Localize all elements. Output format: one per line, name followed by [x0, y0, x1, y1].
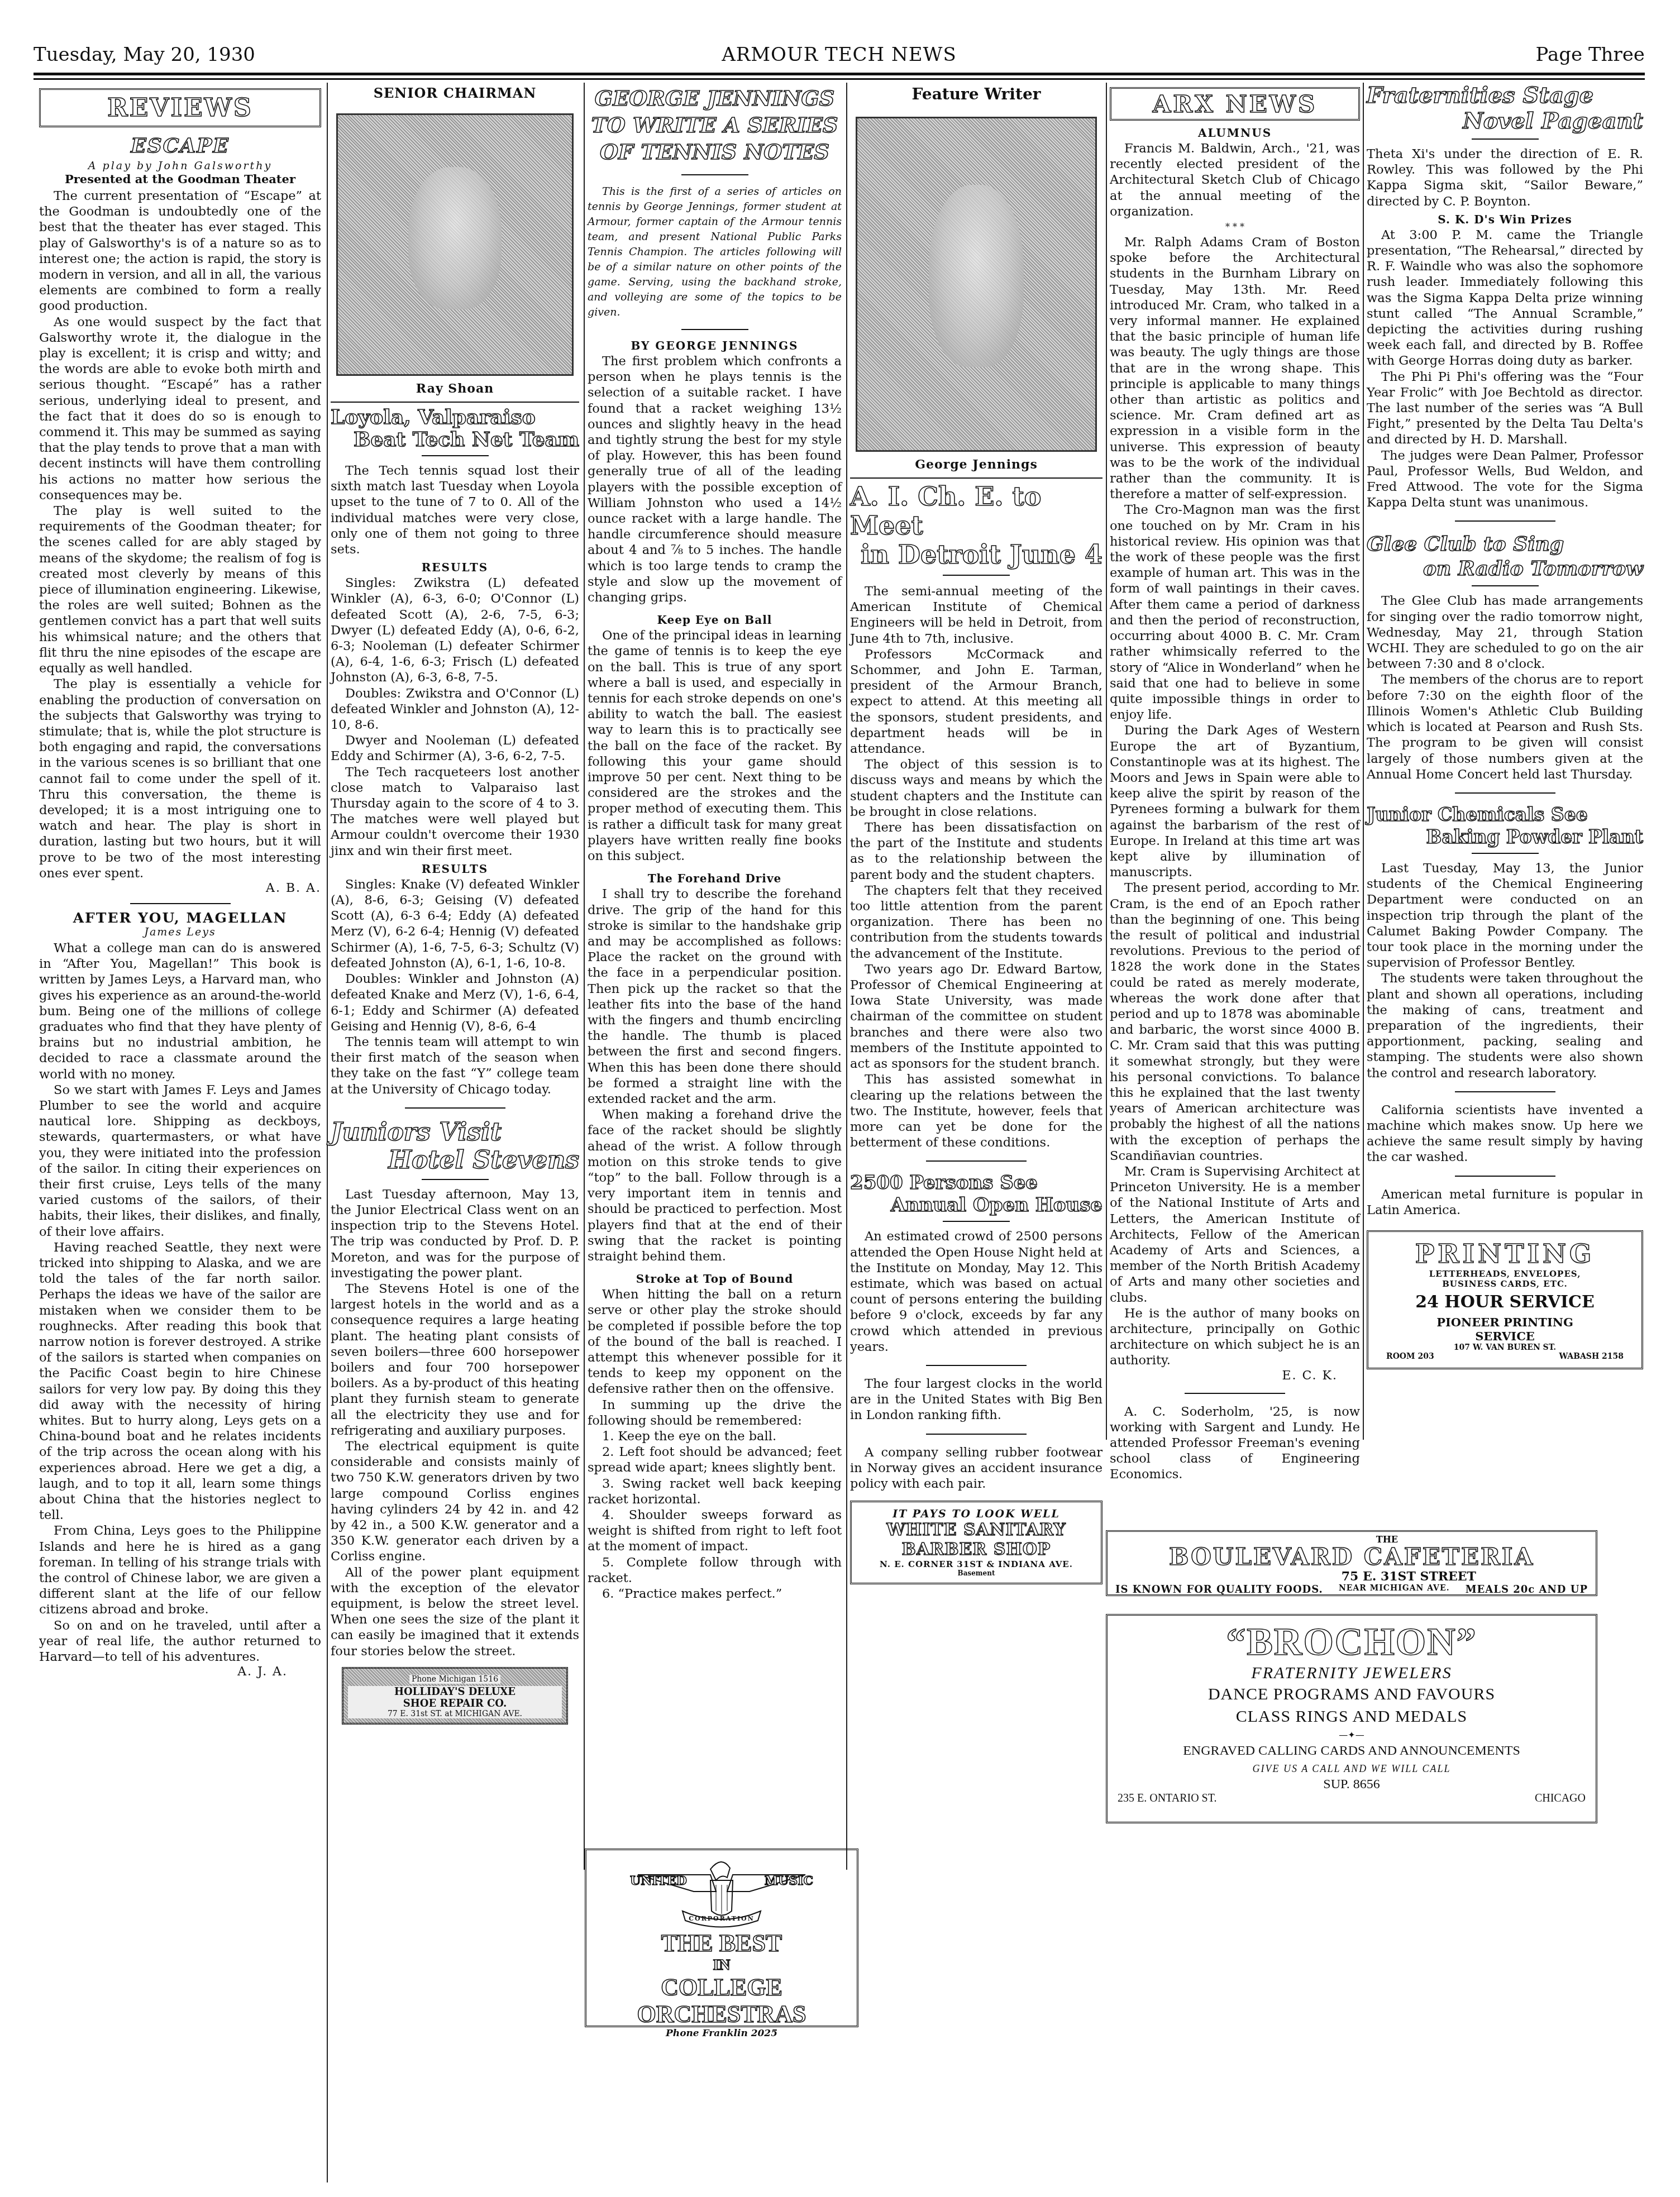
ad-line: ENGRAVED CALLING CARDS AND ANNOUNCEMENTS — [1115, 1744, 1588, 1759]
divider — [405, 1107, 505, 1109]
ad-phone: SUP. 8656 — [1115, 1777, 1588, 1792]
list-item: 3. Swing racket well back keeping racket… — [588, 1476, 842, 1507]
paragraph: This has assisted somewhat in clearing u… — [850, 1072, 1102, 1150]
ad-phone: WABASH 2158 — [1559, 1352, 1624, 1361]
ad-line: CLASS RINGS AND MEDALS — [1115, 1707, 1588, 1726]
arx-news-column: ARX NEWS ALUMNUS Francis M. Baldwin, Arc… — [1110, 83, 1360, 1483]
column-6: Fraternities Stage Novel Pageant Theta X… — [1367, 83, 1643, 1369]
ad-boulevard-cafeteria: THE BOULEVARD CAFETERIA 75 E. 31ST STREE… — [1106, 1530, 1597, 1596]
logo-text: UNITED — [630, 1874, 687, 1888]
paragraph: In summing up the drive the following sh… — [588, 1397, 842, 1429]
ad-barber-shop: IT PAYS TO LOOK WELL WHITE SANITARY BARB… — [850, 1501, 1102, 1584]
ad-name: SHOE REPAIR CO. — [348, 1698, 562, 1709]
review-author: James Leys — [39, 926, 321, 938]
paragraph: There has been dissatisfaction on the pa… — [850, 820, 1102, 883]
divider — [130, 903, 231, 904]
ad-tagline: IT PAYS TO LOOK WELL — [855, 1508, 1097, 1520]
paragraph: He is the author of many books on archit… — [1110, 1306, 1360, 1369]
divider — [422, 455, 489, 456]
list-item: 1. Keep the eye on the ball. — [588, 1429, 842, 1444]
paragraph: The students were taken throughout the p… — [1367, 971, 1643, 1081]
ad-headline: BOULEVARD CAFETERIA — [1115, 1545, 1588, 1569]
filler-item: California scientists have invented a ma… — [1367, 1102, 1643, 1166]
list-item: 2. Left foot should be advanced; feet sp… — [588, 1444, 842, 1475]
subhead: RESULTS — [331, 862, 579, 876]
paragraph: The Phi Pi Phi's offering was the “Four … — [1367, 369, 1643, 448]
ad-phone: Phone Michigan 1516 — [409, 1675, 500, 1684]
paragraph: Having reached Seattle, they next were t… — [39, 1240, 321, 1523]
column-divider — [584, 83, 585, 1870]
divider — [1472, 853, 1539, 854]
review-venue: Presented at the Goodman Theater — [39, 172, 321, 186]
signature: A. B. A. — [39, 881, 321, 895]
ad-line: BUSINESS CARDS, ETC. — [1373, 1279, 1637, 1289]
headline: Fraternities Stage — [1367, 83, 1643, 108]
ad-headline: THE BEST — [586, 1931, 857, 1956]
paragraph: Dwyer and Nooleman (L) defeated Eddy and… — [331, 733, 579, 764]
paragraph: The judges were Dean Palmer, Professor P… — [1367, 448, 1643, 511]
masthead-rule-2 — [34, 78, 1645, 80]
filler-item: The four largest clocks in the world are… — [850, 1376, 1102, 1424]
filler-item: A company selling rubber footwear in Nor… — [850, 1445, 1102, 1492]
ad-address: N. E. CORNER 31ST & INDIANA AVE. — [855, 1559, 1097, 1569]
tennis-column: GEORGE JENNINGS TO WRITE A SERIES OF TEN… — [588, 83, 842, 1602]
ad-headline: IN — [586, 1956, 857, 1974]
column-divider — [327, 83, 328, 2182]
editor-note: This is the first of a series of article… — [588, 184, 842, 320]
review-byline: A play by John Galsworthy — [39, 160, 321, 172]
subhead: S. K. D's Win Prizes — [1367, 213, 1643, 226]
photo-label: SENIOR CHAIRMAN — [331, 85, 579, 101]
paragraph: As one would suspect by the fact that Ga… — [39, 314, 321, 503]
ad-location: Basement — [855, 1569, 1097, 1577]
divider — [926, 1365, 1027, 1366]
logo-text: MUSIC — [765, 1874, 813, 1888]
paragraph: Doubles: Winkler and Johnston (A) defeat… — [331, 971, 579, 1034]
photo-label: Feature Writer — [850, 85, 1102, 103]
reviews-title: REVIEWS — [107, 94, 253, 122]
filler-item: American metal furniture is popular in L… — [1367, 1187, 1643, 1218]
paragraph: The electrical equipment is quite consid… — [331, 1439, 579, 1565]
ad-headline: “BROCHON” — [1115, 1621, 1588, 1664]
column-4: Feature Writer George Jennings A. I. Ch.… — [850, 83, 1102, 1584]
paragraph: The object of this session is to discuss… — [850, 757, 1102, 820]
subhead: Stroke at Top of Bound — [588, 1272, 842, 1286]
ad-name: BARBER SHOP — [855, 1540, 1097, 1559]
arx-banner: ARX NEWS — [1110, 87, 1360, 121]
ad-united-music: UNITED MUSIC CORPORATION THE BEST IN COL… — [585, 1849, 858, 2027]
paragraph: Doubles: Zwikstra and O'Connor (L) defea… — [331, 686, 579, 733]
ad-address: 75 E. 31ST STREET — [1115, 1569, 1476, 1584]
ad-near: NEAR MICHIGAN AVE. — [1339, 1584, 1450, 1596]
paragraph: The Glee Club has made arrangements for … — [1367, 593, 1643, 672]
ad-address: 107 W. VAN BUREN ST. — [1373, 1343, 1637, 1352]
section-label: ALUMNUS — [1110, 126, 1360, 140]
ad-brochon: “BROCHON” FRATERNITY JEWELERS DANCE PROG… — [1106, 1614, 1597, 1823]
logo-ribbon: CORPORATION — [586, 1915, 857, 1922]
paragraph: One of the principal ideas in learning t… — [588, 628, 842, 864]
paragraph: Professors McCormack and Schommer, and J… — [850, 647, 1102, 757]
paragraph: The current presentation of “Escape” at … — [39, 188, 321, 314]
ad-headline: COLLEGE ORCHESTRAS — [586, 1974, 857, 2028]
headline: Baking Powder Plant — [1367, 826, 1643, 848]
headline: Beat Tech Net Team — [331, 428, 579, 451]
paragraph: The play is essentially a vehicle for en… — [39, 676, 321, 881]
headline: Annual Open House — [850, 1194, 1102, 1216]
column-2: SENIOR CHAIRMAN Ray Shoan Loyola, Valpar… — [331, 83, 579, 1725]
ad-price: MEALS 20c AND UP — [1466, 1584, 1588, 1596]
headline: on Radio Tomorrow — [1367, 556, 1643, 581]
divider — [1455, 520, 1555, 522]
divider — [1455, 1091, 1555, 1092]
paragraph: At 3:00 P. M. came the Triangle presenta… — [1367, 227, 1643, 369]
byline: BY GEORGE JENNINGS — [588, 339, 842, 352]
paragraph: From China, Leys goes to the Philippine … — [39, 1523, 321, 1617]
ad-address: 77 E. 31st ST. at MICHIGAN AVE. — [348, 1709, 562, 1718]
divider — [1472, 585, 1539, 586]
ad-shoe-repair: Phone Michigan 1516 HOLLIDAY'S DELUXE SH… — [342, 1667, 568, 1725]
paragraph: The present period, according to Mr. Cra… — [1110, 880, 1360, 1164]
paragraph: Mr. Cram is Supervising Architect at Pri… — [1110, 1164, 1360, 1306]
subhead: Keep Eye on Ball — [588, 613, 842, 627]
reviews-banner: REVIEWS — [39, 88, 321, 127]
ad-name: PIONEER PRINTING — [1373, 1315, 1637, 1329]
headline: Juniors Visit — [331, 1119, 579, 1147]
paragraph: The Cro-Magnon man was the first one tou… — [1110, 502, 1360, 723]
paragraph: The first problem which confronts a pers… — [588, 354, 842, 605]
paragraph: The semi-annual meeting of the American … — [850, 584, 1102, 647]
subhead: RESULTS — [331, 561, 579, 574]
list-item: 5. Complete follow through with racket. — [588, 1555, 842, 1586]
divider — [926, 1434, 1027, 1435]
headline: in Detroit June 4 — [850, 540, 1102, 569]
ad-line: DANCE PROGRAMS AND FAVOURS — [1115, 1685, 1588, 1704]
ad-address: 235 E. ONTARIO ST. — [1118, 1792, 1216, 1805]
headline: Novel Pageant — [1367, 108, 1643, 134]
paragraph: A. C. Soderholm, '25, is now working wit… — [1110, 1404, 1360, 1483]
eagle-logo: UNITED MUSIC CORPORATION — [586, 1858, 857, 1931]
paragraph: What a college man can do is answered in… — [39, 940, 321, 1082]
headline: Loyola, Valparaiso — [331, 406, 579, 428]
divider — [1455, 1176, 1555, 1177]
masthead-rule — [34, 73, 1645, 75]
ad-name: SERVICE — [1373, 1329, 1637, 1343]
paragraph: Francis M. Baldwin, Arch., '21, was rece… — [1110, 141, 1360, 219]
paragraph: Last Tuesday, May 13, the Junior student… — [1367, 861, 1643, 971]
divider — [1185, 1393, 1285, 1394]
paragraph: During the Dark Ages of Western Europe t… — [1110, 723, 1360, 880]
separator: * * * — [1110, 222, 1360, 232]
paragraph: Last Tuesday afternoon, May 13, the Juni… — [331, 1187, 579, 1281]
page-number: Page Three — [1536, 44, 1645, 66]
ad-slogan: IS KNOWN FOR QUALITY FOODS. — [1115, 1584, 1323, 1596]
divider — [1455, 792, 1555, 794]
divider — [943, 575, 1010, 576]
paragraph: So we start with James F. Leys and James… — [39, 1082, 321, 1240]
headline: Hotel Stevens — [331, 1147, 579, 1174]
list-item: 4. Shoulder sweeps forward as weight is … — [588, 1507, 842, 1555]
paragraph: Theta Xi's under the direction of E. R. … — [1367, 146, 1643, 209]
masthead: Tuesday, May 20, 1930 ARMOUR TECH NEWS P… — [34, 39, 1645, 73]
paragraph: Mr. Ralph Adams Cram of Boston spoke bef… — [1110, 235, 1360, 502]
ad-line: LETTERHEADS, ENVELOPES, — [1373, 1269, 1637, 1279]
column-divider — [846, 83, 847, 1870]
paragraph: An estimated crowd of 2500 persons atten… — [850, 1229, 1102, 1355]
portrait-photo — [336, 113, 574, 376]
reviews-column: REVIEWS ESCAPE A play by John Galsworthy… — [39, 83, 321, 1679]
headline: A. I. Ch. E. to Meet — [850, 482, 1102, 540]
headline: 2500 Persons See — [850, 1172, 1102, 1194]
subhead: The Forehand Drive — [588, 872, 842, 885]
ornament-icon: —✦— — [1115, 1730, 1588, 1740]
paragraph: The members of the chorus are to report … — [1367, 672, 1643, 782]
review-title: ESCAPE — [39, 134, 321, 157]
paragraph: The chapters felt that they received too… — [850, 883, 1102, 962]
divider — [681, 174, 748, 175]
ad-printing: PRINTING LETTERHEADS, ENVELOPES, BUSINES… — [1367, 1230, 1643, 1369]
paragraph: The Tech racqueteers lost another close … — [331, 765, 579, 859]
paragraph: Singles: Zwikstra (L) defeated Winkler (… — [331, 575, 579, 685]
ad-room: ROOM 203 — [1386, 1352, 1434, 1361]
paragraph: Singles: Knake (V) defeated Winkler (A),… — [331, 877, 579, 971]
ad-headline: PRINTING — [1373, 1239, 1637, 1269]
paragraph: Two years ago Dr. Edward Bartow, Profess… — [850, 962, 1102, 1072]
divider — [1472, 138, 1539, 140]
list-item: 6. “Practice makes perfect.” — [588, 1586, 842, 1602]
paragraph: The Stevens Hotel is one of the largest … — [331, 1281, 579, 1439]
ad-service: 24 HOUR SERVICE — [1373, 1292, 1637, 1312]
paragraph: So on and on he traveled, until after a … — [39, 1618, 321, 1665]
headline: GEORGE JENNINGS — [588, 85, 842, 112]
photo-caption: Ray Shoan — [331, 381, 579, 396]
headline: TO WRITE A SERIES — [588, 112, 842, 138]
paragraph: When hitting the ball on a return serve … — [588, 1287, 842, 1397]
column-divider — [1106, 83, 1107, 1440]
paragraph: The tennis team will attempt to win thei… — [331, 1034, 579, 1097]
newspaper-title: ARMOUR TECH NEWS — [34, 44, 1645, 66]
ad-line: GIVE US A CALL AND WE WILL CALL — [1115, 1763, 1588, 1775]
signature: A. J. A. — [39, 1665, 288, 1679]
ad-name: WHITE SANITARY — [855, 1520, 1097, 1540]
ad-line: FRATERNITY JEWELERS — [1115, 1664, 1588, 1683]
portrait-photo — [856, 117, 1097, 452]
headline: Glee Club to Sing — [1367, 532, 1643, 556]
paragraph: The Tech tennis squad lost their sixth m… — [331, 463, 579, 557]
review-title: AFTER YOU, MAGELLAN — [39, 910, 321, 926]
paragraph: I shall try to describe the forehand dri… — [588, 886, 842, 1107]
headline: OF TENNIS NOTES — [588, 138, 842, 165]
ad-city: CHICAGO — [1535, 1792, 1586, 1805]
paragraph: All of the power plant equipment with th… — [331, 1565, 579, 1659]
divider — [943, 1221, 1010, 1222]
ad-name: HOLLIDAY'S DELUXE — [348, 1686, 562, 1698]
headline: Junior Chemicals See — [1367, 804, 1643, 826]
divider — [681, 329, 748, 330]
divider — [422, 1179, 489, 1180]
photo-caption: George Jennings — [850, 457, 1102, 472]
ad-phone: Phone Franklin 2025 — [586, 2028, 857, 2039]
paragraph: The play is well suited to the requireme… — [39, 503, 321, 676]
divider — [926, 1160, 1027, 1162]
paragraph: When making a forehand drive the face of… — [588, 1107, 842, 1264]
column-divider — [1363, 83, 1364, 1440]
arx-title: ARX NEWS — [1153, 90, 1318, 118]
signature: E. C. K. — [1110, 1369, 1338, 1383]
